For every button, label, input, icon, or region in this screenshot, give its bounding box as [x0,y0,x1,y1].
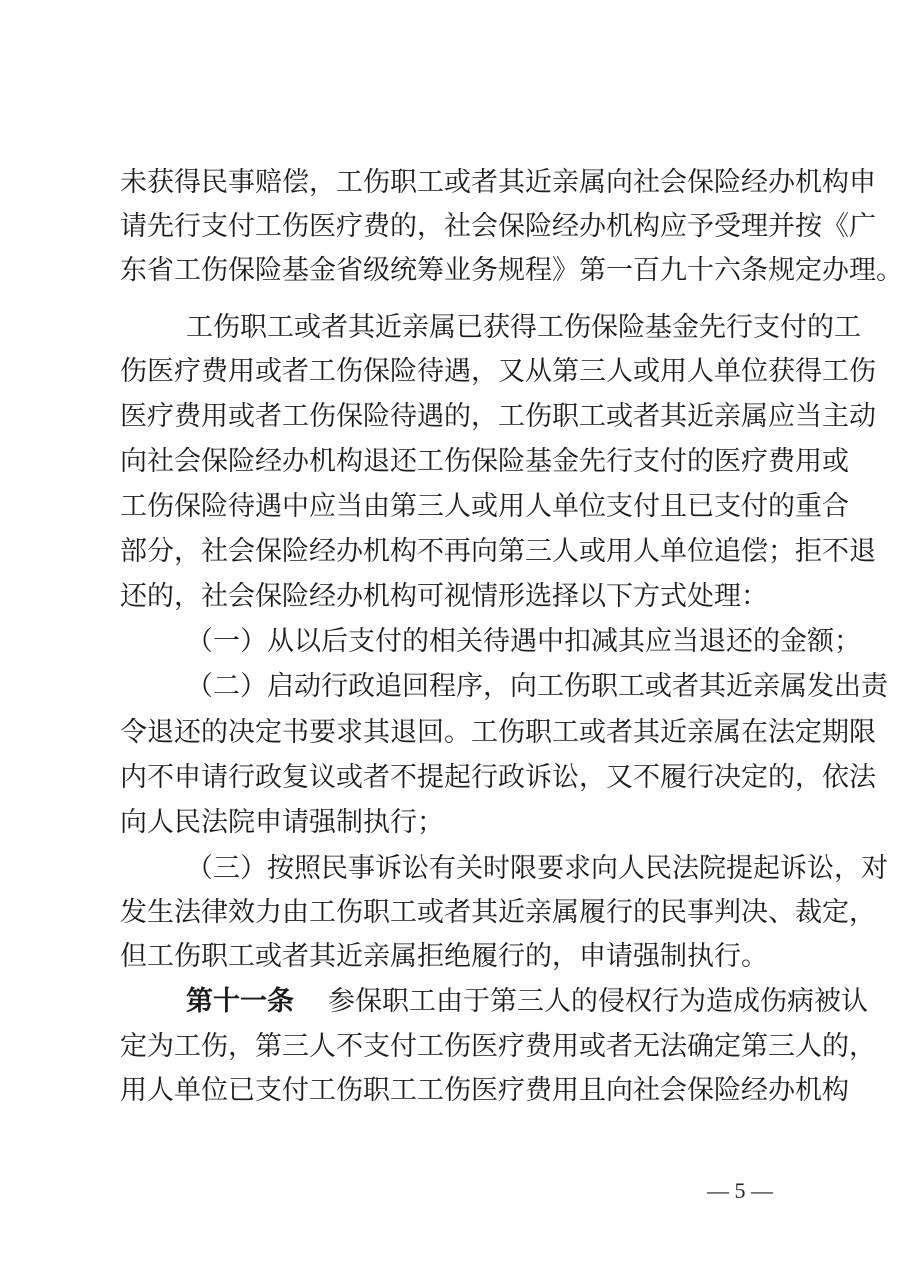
page-number: — 5 — [690,1176,790,1206]
paragraph-start-line: 工伤职工或者其近亲属已获得工伤保险基金先行支付的工 [186,311,785,345]
text-line: 东省工伤保险基金省级统筹业务规程》第一百九十六条规定办理。 [120,254,785,288]
article-line: 第十一条参保职工由于第三人的侵权行为造成伤病被认 [186,985,785,1019]
text-line: 还的，社会保险经办机构可视情形选择以下方式处理： [120,580,785,614]
text-line: 工伤保险待遇中应当由第三人或用人单位支付且已支付的重合 [120,490,785,524]
text-line: 用人单位已支付工伤职工工伤医疗费用且向社会保险经办机构 [120,1074,785,1108]
text-line: 部分，社会保险经办机构不再向第三人或用人单位追偿；拒不退 [120,535,785,569]
text-line: 伤医疗费用或者工伤保险待遇，又从第三人或用人单位获得工伤 [120,355,785,389]
text-line: 未获得民事赔偿，工伤职工或者其近亲属向社会保险经办机构申 [120,166,785,200]
text-line: 令退还的决定书要求其退回。工伤职工或者其近亲属在法定期限 [120,716,785,750]
list-item-1: （一）从以后支付的相关待遇中扣减其应当退还的金额； [186,625,785,659]
list-item-3: （三）按照民事诉讼有关时限要求向人民法院提起诉讼，对 [186,852,785,886]
text-line: 向人民法院申请强制执行； [120,806,785,840]
list-item-2: （二）启动行政追回程序，向工伤职工或者其近亲属发出责 [186,670,785,704]
text-line: 定为工伤，第三人不支付工伤医疗费用或者无法确定第三人的， [120,1030,785,1064]
text-line: 向社会保险经办机构退还工伤保险基金先行支付的医疗费用或 [120,445,785,479]
text-line: 发生法律效力由工伤职工或者其近亲属履行的民事判决、裁定， [120,896,785,930]
document-page: 未获得民事赔偿，工伤职工或者其近亲属向社会保险经办机构申 请先行支付工伤医疗费的… [0,0,900,1272]
article-text: 参保职工由于第三人的侵权行为造成伤病被认 [328,986,868,1017]
text-line: 请先行支付工伤医疗费的，社会保险经办机构应予受理并按《广 [120,210,785,244]
text-line: 但工伤职工或者其近亲属拒绝履行的，申请强制执行。 [120,940,785,974]
article-heading: 第十一条 [186,986,294,1017]
text-line: 内不申请行政复议或者不提起行政诉讼，又不履行决定的，依法 [120,761,785,795]
text-line: 医疗费用或者工伤保险待遇的，工伤职工或者其近亲属应当主动 [120,400,785,434]
